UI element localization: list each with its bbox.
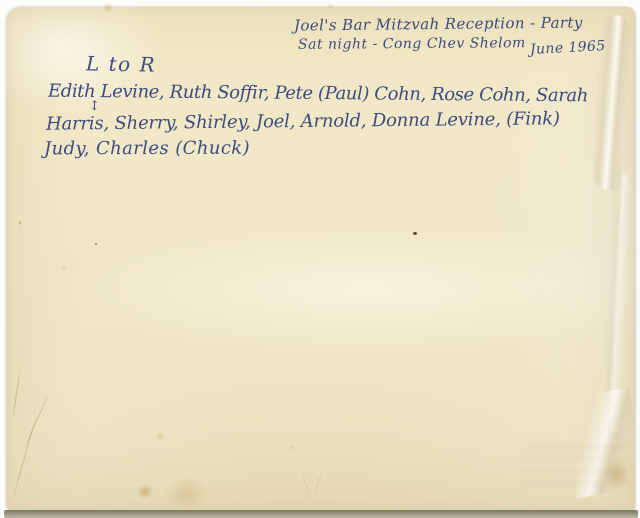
event-date: June 1965 (530, 38, 606, 58)
event-details: Sat night - Cong Chev Shelom (298, 35, 526, 53)
names-line-1: Edith Levine, Ruth Soffir, Pete (Paul) C… (48, 81, 588, 107)
paper-stain (102, 3, 114, 12)
insertion-arrow-icon: ↕ (89, 99, 100, 114)
paper-stain (326, 3, 335, 10)
paper-stain (136, 484, 154, 499)
paper-speck (413, 232, 417, 235)
paper-crease-line (300, 470, 313, 502)
ink-bleedthrough (520, 445, 632, 491)
event-title: Joel's Bar Mitzvah Reception - Party (294, 13, 583, 34)
paper-edge-shadow (4, 510, 638, 518)
paper-crease-line (12, 366, 21, 421)
paper-speck (95, 243, 97, 245)
photo-back-paper: Joel's Bar Mitzvah Reception - Party Sat… (6, 7, 634, 511)
paper-crease-line (313, 468, 323, 497)
paper-stain (164, 477, 210, 511)
paper-speck (18, 221, 22, 225)
paper-stain (156, 432, 165, 441)
paper-crease-line (22, 389, 51, 453)
names-line-3: Judy, Charles (Chuck) (44, 138, 250, 160)
paper-stain (61, 265, 67, 271)
paper-stain (288, 444, 295, 451)
direction-label: L to R (86, 51, 157, 76)
names-line-2: Harris, Sherry, Shirley, Joel, Arnold, D… (46, 108, 560, 134)
